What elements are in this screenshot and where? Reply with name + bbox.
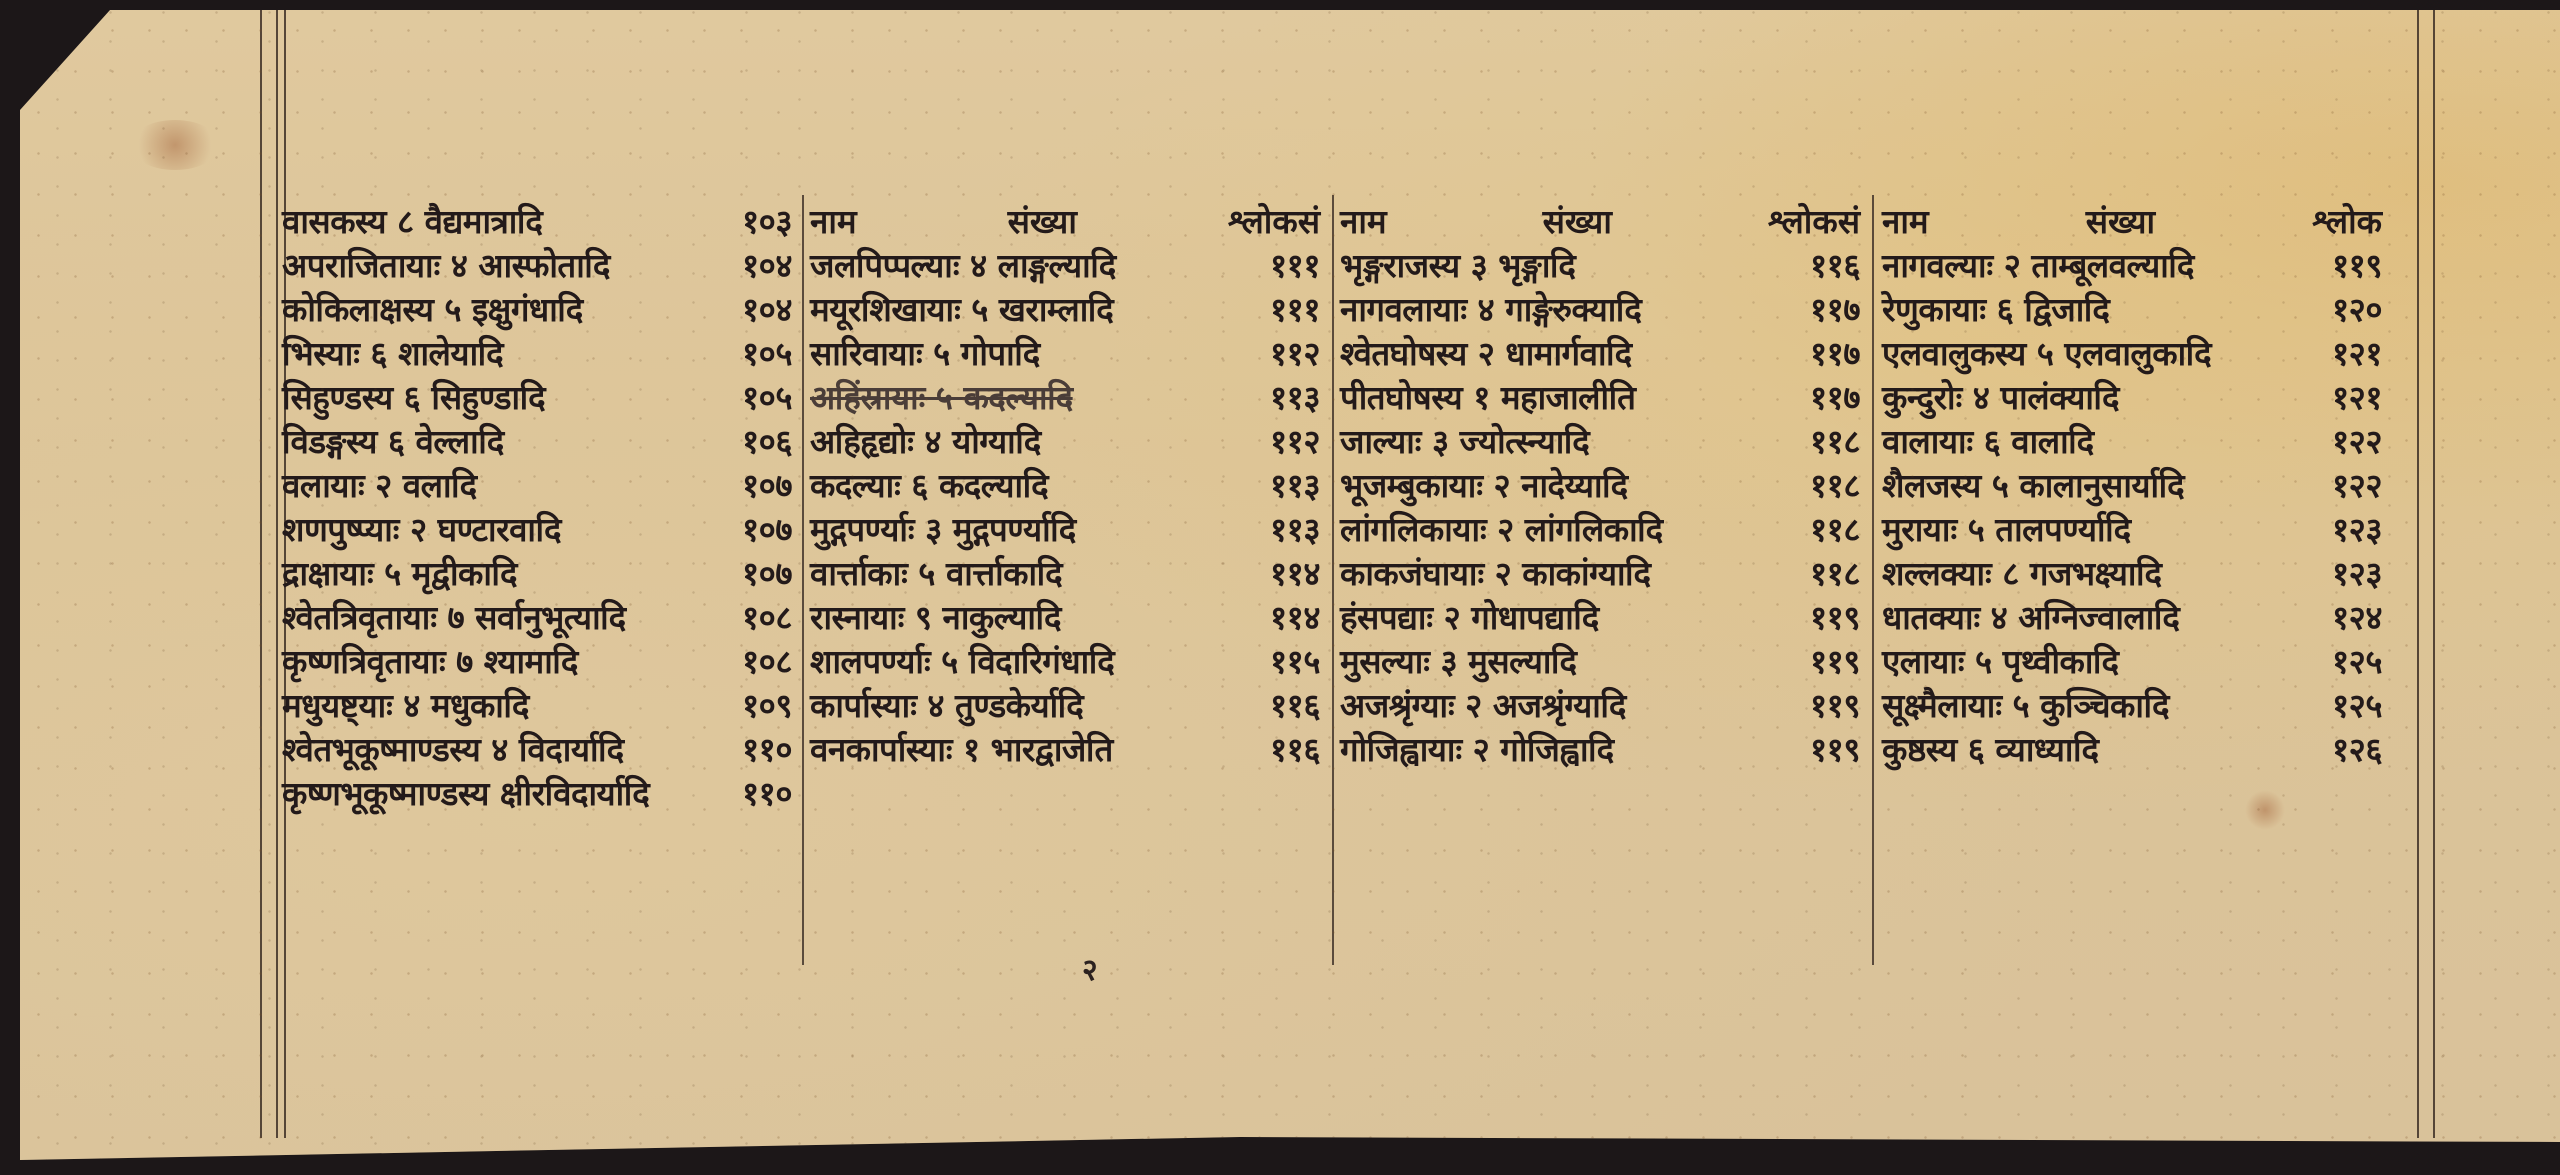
herb-name: विडङ्गस्य ६ वेल्लादि [282, 420, 504, 464]
list-item: काकजंघायाः २ काकांग्यादि११८ [1340, 552, 1860, 596]
herb-name: नागवलायाः ४ गाङ्गेरुक्यादि [1340, 288, 1641, 332]
column-1: वासकस्य ८ वैद्यमात्रादि१०३ अपराजितायाः ४… [282, 200, 792, 816]
column-divider [1332, 195, 1334, 965]
list-item: शल्लक्याः ८ गजभक्ष्यादि१२३ [1882, 552, 2382, 596]
herb-name: धातक्याः ४ अग्निज्वालादि [1882, 596, 2179, 640]
header-verse: श्लोकसं [1228, 200, 1320, 244]
herb-name: एलायाः ५ पृथ्वीकादि [1882, 640, 2119, 684]
herb-name: सारिवायाः ५ गोपादि [810, 332, 1040, 376]
list-item: श्वेतभूकूष्माण्डस्य ४ विदार्यादि११० [282, 728, 792, 772]
herb-name: जलपिप्पल्याः ४ लाङ्गल्यादि [810, 244, 1116, 288]
herb-name: भिस्याः ६ शालेयादि [282, 332, 503, 376]
herb-name: कदल्याः ६ कदल्यादि [810, 464, 1048, 508]
column-divider [802, 195, 804, 965]
herb-name: अपराजितायाः ४ आस्फोतादि [282, 244, 610, 288]
verse-number: ११७ [1800, 332, 1860, 376]
list-item: कृष्णभूकूष्माण्डस्य क्षीरविदार्यादि११० [282, 772, 792, 816]
verse-number: १०४ [732, 288, 792, 332]
herb-name: वासकस्य ८ वैद्यमात्रादि [282, 200, 542, 244]
list-item: सारिवायाः ५ गोपादि११२ [810, 332, 1320, 376]
herb-name: नागवल्याः २ ताम्बूलवल्यादि [1882, 244, 2194, 288]
herb-name: श्वेतघोषस्य २ धामार्गवादि [1340, 332, 1632, 376]
verse-number: १०३ [732, 200, 792, 244]
column-4: नाम संख्या श्लोक नागवल्याः २ ताम्बूलवल्य… [1882, 200, 2382, 772]
herb-name: हंसपद्याः २ गोधापद्यादि [1340, 596, 1599, 640]
verse-number: १२१ [2322, 332, 2382, 376]
verse-number: १२६ [2322, 728, 2382, 772]
list-item: कोकिलाक्षस्य ५ इक्षुगंधादि१०४ [282, 288, 792, 332]
list-item: कदल्याः ६ कदल्यादि११३ [810, 464, 1320, 508]
herb-name-struck: अहिंस्रायाः ५ कदल्यादि [810, 376, 1073, 420]
stain-mark [2245, 790, 2285, 830]
header-name: नाम [810, 200, 857, 244]
verse-number: ११२ [1260, 420, 1320, 464]
verse-number: १२५ [2322, 684, 2382, 728]
verse-number: ११९ [1800, 684, 1860, 728]
list-item: भूजम्बुकायाः २ नादेय्यादि११८ [1340, 464, 1860, 508]
verse-number: १०९ [732, 684, 792, 728]
verse-number: १०८ [732, 640, 792, 684]
herb-name: भूजम्बुकायाः २ नादेय्यादि [1340, 464, 1628, 508]
list-item: गोजिह्वायाः २ गोजिह्वादि११९ [1340, 728, 1860, 772]
left-margin-rule [276, 10, 278, 1138]
list-item: श्वेतघोषस्य २ धामार्गवादि११७ [1340, 332, 1860, 376]
list-item: एलवालुकस्य ५ एलवालुकादि१२१ [1882, 332, 2382, 376]
list-item: द्राक्षायाः ५ मृद्वीकादि१०७ [282, 552, 792, 596]
herb-name: रास्नायाः ९ नाकुल्यादि [810, 596, 1061, 640]
herb-name: कोकिलाक्षस्य ५ इक्षुगंधादि [282, 288, 583, 332]
herb-name: वालायाः ६ वालादि [1882, 420, 2094, 464]
column-header: नाम संख्या श्लोकसं [1340, 200, 1860, 244]
herb-name: कार्पास्याः ४ तुण्डकेर्यादि [810, 684, 1083, 728]
verse-number: १२२ [2322, 464, 2382, 508]
verse-number: ११९ [1800, 596, 1860, 640]
header-count: संख्या [1008, 200, 1077, 244]
list-item: रास्नायाः ९ नाकुल्यादि११४ [810, 596, 1320, 640]
verse-number: १०६ [732, 420, 792, 464]
column-divider [1872, 195, 1874, 965]
list-item: जलपिप्पल्याः ४ लाङ्गल्यादि१११ [810, 244, 1320, 288]
verse-number: ११९ [2322, 244, 2382, 288]
verse-number: ११८ [1800, 552, 1860, 596]
list-item: कुन्दुरोः ४ पालंक्यादि१२१ [1882, 376, 2382, 420]
list-item: वासकस्य ८ वैद्यमात्रादि१०३ [282, 200, 792, 244]
herb-name: श्वेतभूकूष्माण्डस्य ४ विदार्यादि [282, 728, 624, 772]
herb-name: कृष्णभूकूष्माण्डस्य क्षीरविदार्यादि [282, 772, 649, 816]
list-item: रेणुकायाः ६ द्विजादि१२० [1882, 288, 2382, 332]
header-name: नाम [1340, 200, 1387, 244]
verse-number: ११९ [1800, 640, 1860, 684]
herb-name: कुष्ठस्य ६ व्याध्यादि [1882, 728, 2099, 772]
verse-number: १२५ [2322, 640, 2382, 684]
verse-number: १२३ [2322, 552, 2382, 596]
verse-number: ११७ [1800, 376, 1860, 420]
header-count: संख्या [1543, 200, 1612, 244]
verse-number: ११० [732, 772, 792, 816]
verse-number: ११६ [1260, 684, 1320, 728]
list-item: अपराजितायाः ४ आस्फोतादि१०४ [282, 244, 792, 288]
verse-number: १२४ [2322, 596, 2382, 640]
list-item: वालायाः ६ वालादि१२२ [1882, 420, 2382, 464]
herb-name: अजश्रृंग्याः २ अजश्रृंग्यादि [1340, 684, 1626, 728]
herb-name: सिहुण्डस्य ६ सिहुण्डादि [282, 376, 545, 420]
herb-name: द्राक्षायाः ५ मृद्वीकादि [282, 552, 517, 596]
verse-number: ११३ [1260, 508, 1320, 552]
header-verse: श्लोक [2312, 200, 2382, 244]
column-3: नाम संख्या श्लोकसं भृङ्गराजस्य ३ भृङ्गाद… [1340, 200, 1860, 772]
verse-number: ११५ [1260, 640, 1320, 684]
right-margin-rule [2417, 10, 2419, 1138]
herb-name: लांगलिकायाः २ लांगलिकादि [1340, 508, 1663, 552]
verse-number: ११३ [1260, 376, 1320, 420]
verse-number: ११६ [1800, 244, 1860, 288]
verse-number: ११४ [1260, 552, 1320, 596]
verse-number: १२० [2322, 288, 2382, 332]
verse-number: ११८ [1800, 464, 1860, 508]
verse-number: १२२ [2322, 420, 2382, 464]
herb-name: मधुयष्ट्याः ४ मधुकादि [282, 684, 529, 728]
verse-number: १०५ [732, 376, 792, 420]
verse-number: १११ [1260, 244, 1320, 288]
verse-number: १०४ [732, 244, 792, 288]
list-item: श्वेतत्रिवृतायाः ७ सर्वानुभूत्यादि१०८ [282, 596, 792, 640]
list-item: विडङ्गस्य ६ वेल्लादि१०६ [282, 420, 792, 464]
header-verse: श्लोकसं [1768, 200, 1860, 244]
herb-name: शैलजस्य ५ कालानुसार्यादि [1882, 464, 2184, 508]
verse-number: ११८ [1800, 420, 1860, 464]
list-item: हंसपद्याः २ गोधापद्यादि११९ [1340, 596, 1860, 640]
column-header: नाम संख्या श्लोक [1882, 200, 2382, 244]
list-item: शालपर्ण्याः ५ विदारिगंधादि११५ [810, 640, 1320, 684]
herb-name: कुन्दुरोः ४ पालंक्यादि [1882, 376, 2119, 420]
herb-name: वलायाः २ वलादि [282, 464, 477, 508]
verse-number: ११८ [1800, 508, 1860, 552]
herb-name: अहिहृद्योः ४ योग्यादि [810, 420, 1041, 464]
left-margin-rule [260, 10, 262, 1138]
verse-number: १२१ [2322, 376, 2382, 420]
herb-name: भृङ्गराजस्य ३ भृङ्गादि [1340, 244, 1575, 288]
list-item: सिहुण्डस्य ६ सिहुण्डादि१०५ [282, 376, 792, 420]
list-item: भिस्याः ६ शालेयादि१०५ [282, 332, 792, 376]
herb-name: मुरायाः ५ तालपर्ण्यादि [1882, 508, 2131, 552]
list-item: वलायाः २ वलादि१०७ [282, 464, 792, 508]
verse-number: १११ [1260, 288, 1320, 332]
verse-number: १०८ [732, 596, 792, 640]
verse-number: १०७ [732, 464, 792, 508]
right-margin-rule [2433, 10, 2435, 1138]
manuscript-folio: वासकस्य ८ वैद्यमात्रादि१०३ अपराजितायाः ४… [20, 10, 2560, 1160]
herb-name: शल्लक्याः ८ गजभक्ष्यादि [1882, 552, 2162, 596]
verse-number: ११७ [1800, 288, 1860, 332]
list-item: वनकार्पास्याः १ भारद्वाजेति११६ [810, 728, 1320, 772]
header-count: संख्या [2086, 200, 2155, 244]
folio-number-mark: २ [1082, 948, 1098, 989]
herb-name: मुसल्याः ३ मुसल्यादि [1340, 640, 1577, 684]
list-item: अहिहृद्योः ४ योग्यादि११२ [810, 420, 1320, 464]
list-item: मुद्गपर्ण्याः ३ मुद्गपर्ण्यादि११३ [810, 508, 1320, 552]
list-item: वार्त्ताकाः ५ वार्त्ताकादि११४ [810, 552, 1320, 596]
verse-number: ११९ [1800, 728, 1860, 772]
list-item: पीतघोषस्य १ महाजालीति११७ [1340, 376, 1860, 420]
struck-list-item: अहिंस्रायाः ५ कदल्यादि११३ [810, 376, 1320, 420]
verse-number: १२३ [2322, 508, 2382, 552]
list-item: धातक्याः ४ अग्निज्वालादि१२४ [1882, 596, 2382, 640]
verse-number: ११४ [1260, 596, 1320, 640]
herb-name: शणपुष्प्याः २ घण्टारवादि [282, 508, 561, 552]
herb-name: मुद्गपर्ण्याः ३ मुद्गपर्ण्यादि [810, 508, 1076, 552]
herb-name: काकजंघायाः २ काकांग्यादि [1340, 552, 1651, 596]
herb-name: पीतघोषस्य १ महाजालीति [1340, 376, 1635, 420]
herb-name: सूक्ष्मैलायाः ५ कुञ्चिकादि [1882, 684, 2169, 728]
list-item: मयूरशिखायाः ५ खराम्लादि१११ [810, 288, 1320, 332]
list-item: मधुयष्ट्याः ४ मधुकादि१०९ [282, 684, 792, 728]
list-item: नागवल्याः २ ताम्बूलवल्यादि११९ [1882, 244, 2382, 288]
list-item: मुसल्याः ३ मुसल्यादि११९ [1340, 640, 1860, 684]
column-2: नाम संख्या श्लोकसं जलपिप्पल्याः ४ लाङ्गल… [810, 200, 1320, 772]
list-item: मुरायाः ५ तालपर्ण्यादि१२३ [1882, 508, 2382, 552]
verse-number: १०५ [732, 332, 792, 376]
herb-name: वनकार्पास्याः १ भारद्वाजेति [810, 728, 1113, 772]
list-item: अजश्रृंग्याः २ अजश्रृंग्यादि११९ [1340, 684, 1860, 728]
herb-name: जाल्याः ३ ज्योत्स्न्यादि [1340, 420, 1589, 464]
verse-number: ११३ [1260, 464, 1320, 508]
herb-name: कृष्णत्रिवृतायाः ७ श्यामादि [282, 640, 578, 684]
list-item: कार्पास्याः ४ तुण्डकेर्यादि११६ [810, 684, 1320, 728]
verse-number: ११० [732, 728, 792, 772]
list-item: नागवलायाः ४ गाङ्गेरुक्यादि११७ [1340, 288, 1860, 332]
herb-name: मयूरशिखायाः ५ खराम्लादि [810, 288, 1113, 332]
herb-name: रेणुकायाः ६ द्विजादि [1882, 288, 2109, 332]
column-header: नाम संख्या श्लोकसं [810, 200, 1320, 244]
list-item: जाल्याः ३ ज्योत्स्न्यादि११८ [1340, 420, 1860, 464]
verse-number: ११२ [1260, 332, 1320, 376]
verse-number: ११६ [1260, 728, 1320, 772]
verse-number: १०७ [732, 552, 792, 596]
herb-name: वार्त्ताकाः ५ वार्त्ताकादि [810, 552, 1062, 596]
list-item: शणपुष्प्याः २ घण्टारवादि१०७ [282, 508, 792, 552]
list-item: सूक्ष्मैलायाः ५ कुञ्चिकादि१२५ [1882, 684, 2382, 728]
list-item: कुष्ठस्य ६ व्याध्यादि१२६ [1882, 728, 2382, 772]
list-item: कृष्णत्रिवृतायाः ७ श्यामादि१०८ [282, 640, 792, 684]
list-item: भृङ्गराजस्य ३ भृङ्गादि११६ [1340, 244, 1860, 288]
herb-name: शालपर्ण्याः ५ विदारिगंधादि [810, 640, 1114, 684]
header-name: नाम [1882, 200, 1929, 244]
herb-name: गोजिह्वायाः २ गोजिह्वादि [1340, 728, 1614, 772]
stain-mark [130, 120, 220, 170]
list-item: एलायाः ५ पृथ्वीकादि१२५ [1882, 640, 2382, 684]
list-item: शैलजस्य ५ कालानुसार्यादि१२२ [1882, 464, 2382, 508]
verse-number: १०७ [732, 508, 792, 552]
herb-name: श्वेतत्रिवृतायाः ७ सर्वानुभूत्यादि [282, 596, 626, 640]
herb-name: एलवालुकस्य ५ एलवालुकादि [1882, 332, 2211, 376]
list-item: लांगलिकायाः २ लांगलिकादि११८ [1340, 508, 1860, 552]
